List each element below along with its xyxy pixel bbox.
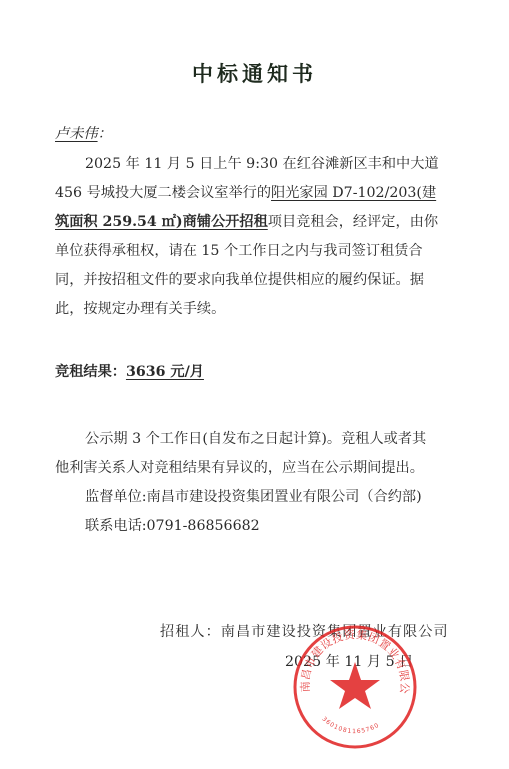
notice-line-2: 他利害关系人对竞租结果有异议的，应当在公示期间提出。 [55,458,455,478]
svg-text:3601081165760: 3601081165760 [321,716,381,736]
official-seal-icon: 南昌市建设投资集团置业有限公司 3601081165760 [290,622,420,752]
body-line-2a: 456 号城投大厦二楼会议室举行的 [55,185,271,201]
result-value: 3636 元/月 [126,364,204,380]
project-name-part1: 阳光家园 D7-102/203(建 [271,185,436,201]
supervisor-line: 监督单位:南昌市建设投资集团置业有限公司（合约部) [85,487,485,507]
addressee-name: 卢未伟 [55,126,98,142]
body-line-3b: 项目竞租会，经评定，由你 [268,214,438,230]
phone-line: 联系电话:0791-86856682 [85,516,485,536]
body-line-4: 单位获得承租权，请在 15 个工作日之内与我司签订租赁合 [55,241,455,261]
addressee: 卢未伟： [55,124,455,144]
body-line-2: 456 号城投大厦二楼会议室举行的阳光家园 D7-102/203(建 [55,183,455,203]
body-line-3: 筑面积 259.54 ㎡)商铺公开招租项目竞租会，经评定，由你 [55,212,455,232]
signature-date: 2025 年 11 月 5 日 [285,651,413,671]
document-title: 中标通知书 [0,58,509,88]
body-line-6: 此，按规定办理有关手续。 [55,299,455,319]
result-label: 竞租结果： [55,364,126,380]
addressee-colon: ： [98,126,112,142]
project-name-part2: 筑面积 259.54 ㎡)商铺公开招租 [55,214,268,230]
result-row: 竞租结果：3636 元/月 [55,362,455,382]
document-page: 中标通知书 卢未伟： 2025 年 11 月 5 日上午 9:30 在红谷滩新区… [0,0,509,769]
signer-line: 招租人：南昌市建设投资集团置业有限公司 [160,621,449,641]
notice-line-1: 公示期 3 个工作日(自发布之日起计算)。竞租人或者其 [85,429,485,449]
body-line-1: 2025 年 11 月 5 日上午 9:30 在红谷滩新区丰和中大道 [85,154,485,174]
body-line-5: 同，并按招租文件的要求向我单位提供相应的履约保证。据 [55,270,455,290]
